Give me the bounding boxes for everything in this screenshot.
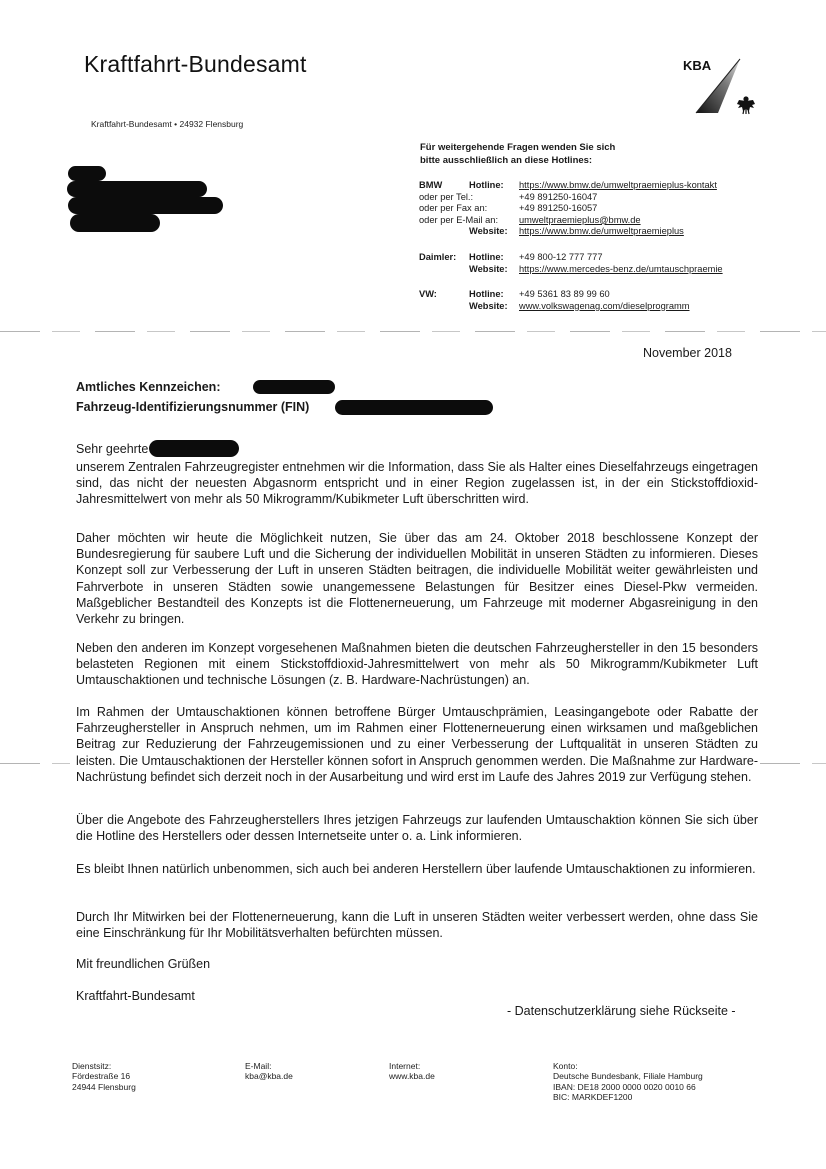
scan-artifact-line: [760, 763, 826, 764]
redaction-bar: [68, 166, 106, 181]
plate-row: Amtliches Kennzeichen:: [76, 377, 309, 397]
footer-account-bic: BIC: MARKDEF1200: [553, 1092, 703, 1102]
bmw-fax-value: +49 891250-16057: [519, 203, 597, 215]
bmw-email-link[interactable]: umweltpraemieplus@bmw.de: [519, 215, 641, 227]
paragraph-text: Neben den anderen im Konzept vorgesehene…: [76, 640, 758, 689]
footer-office: Dienstsitz: Fördestraße 16 24944 Flensbu…: [72, 1061, 136, 1092]
footer-internet-value[interactable]: www.kba.de: [389, 1071, 435, 1081]
brand-bmw: BMW: [419, 180, 442, 192]
brand-vw: VW:: [419, 289, 437, 301]
plate-redacted: [253, 380, 335, 394]
bmw-tel-value: +49 891250-16047: [519, 192, 597, 204]
kba-logo: KBA: [680, 55, 770, 115]
footer-office-city: 24944 Flensburg: [72, 1082, 136, 1092]
redaction-bar: [70, 214, 160, 232]
bmw-hotline-link[interactable]: https://www.bmw.de/umweltpraemieplus-kon…: [519, 180, 717, 192]
footer-account-iban: IBAN: DE18 2000 0000 0020 0010 66: [553, 1082, 703, 1092]
hotline-intro-line1: Für weitergehende Fragen wenden Sie sich: [420, 142, 615, 155]
website-label: Website:: [469, 301, 508, 313]
vehicle-reference: Amtliches Kennzeichen: Fahrzeug-Identifi…: [76, 377, 309, 417]
body-paragraph: Neben den anderen im Konzept vorgesehene…: [76, 640, 758, 689]
brand-daimler: Daimler:: [419, 252, 456, 264]
salutation-text: Sehr geehrte: [76, 442, 148, 456]
signature: Kraftfahrt-Bundesamt: [76, 989, 195, 1003]
hotline-label: Hotline:: [469, 180, 504, 192]
return-address: Kraftfahrt-Bundesamt • 24932 Flensburg: [91, 119, 243, 129]
footer-office-label: Dienstsitz:: [72, 1061, 136, 1071]
paragraph-text: unserem Zentralen Fahrzeugregister entne…: [76, 459, 758, 508]
paragraph-text: Im Rahmen der Umtauschaktionen können be…: [76, 704, 758, 785]
paragraph-text: Über die Angebote des Fahrzeughersteller…: [76, 812, 758, 844]
footer-email-value[interactable]: kba@kba.de: [245, 1071, 293, 1081]
footer-office-street: Fördestraße 16: [72, 1071, 136, 1081]
hotline-intro-line2: bitte ausschließlich an diese Hotlines:: [420, 155, 615, 168]
org-title: Kraftfahrt-Bundesamt: [84, 51, 307, 78]
vin-redacted: [335, 400, 493, 415]
footer-email: E-Mail: kba@kba.de: [245, 1061, 293, 1082]
body-paragraph: Durch Ihr Mitwirken bei der Flottenerneu…: [76, 909, 758, 941]
daimler-hotline-value: +49 800-12 777 777: [519, 252, 603, 264]
body-paragraph: Daher möchten wir heute die Möglichkeit …: [76, 530, 758, 627]
scan-artifact-line: [0, 763, 70, 764]
daimler-website-link[interactable]: https://www.mercedes-benz.de/umtauschpra…: [519, 264, 723, 276]
plate-label: Amtliches Kennzeichen:: [76, 380, 220, 394]
footer-account: Konto: Deutsche Bundesbank, Filiale Hamb…: [553, 1061, 703, 1102]
website-label: Website:: [469, 264, 508, 276]
website-label: Website:: [469, 226, 508, 238]
hotline-intro: Für weitergehende Fragen wenden Sie sich…: [420, 142, 615, 167]
closing: Mit freundlichen Grüßen: [76, 957, 210, 971]
fax-label: oder per Fax an:: [419, 203, 487, 215]
recipient-name-redacted: [149, 440, 239, 457]
scan-artifact-line: [0, 331, 826, 332]
salutation: Sehr geehrte: [76, 442, 148, 456]
federal-eagle-icon: [735, 94, 757, 116]
hotline-label: Hotline:: [469, 252, 504, 264]
footer-account-label: Konto:: [553, 1061, 703, 1071]
body-paragraph: Im Rahmen der Umtauschaktionen können be…: [76, 704, 758, 785]
letter-date: November 2018: [643, 346, 732, 360]
body-paragraph: Über die Angebote des Fahrzeughersteller…: [76, 812, 758, 844]
privacy-note: - Datenschutzerklärung siehe Rückseite -: [507, 1004, 736, 1018]
bmw-website-link[interactable]: https://www.bmw.de/umweltpraemieplus: [519, 226, 684, 238]
logo-text: KBA: [683, 58, 711, 73]
footer-email-label: E-Mail:: [245, 1061, 293, 1071]
footer-internet-label: Internet:: [389, 1061, 435, 1071]
redaction-bar: [67, 181, 207, 197]
vin-row: Fahrzeug-Identifizierungsnummer (FIN): [76, 397, 309, 417]
footer-internet: Internet: www.kba.de: [389, 1061, 435, 1082]
vw-hotline-value: +49 5361 83 89 99 60: [519, 289, 610, 301]
redaction-bar: [68, 197, 223, 214]
email-label: oder per E-Mail an:: [419, 215, 498, 227]
footer-account-bank: Deutsche Bundesbank, Filiale Hamburg: [553, 1071, 703, 1081]
tel-label: oder per Tel.:: [419, 192, 473, 204]
paragraph-text: Durch Ihr Mitwirken bei der Flottenerneu…: [76, 909, 758, 941]
paragraph-text: Daher möchten wir heute die Möglichkeit …: [76, 530, 758, 627]
hotline-label: Hotline:: [469, 289, 504, 301]
vw-website-link[interactable]: www.volkswagenag.com/dieselprogramm: [519, 301, 690, 313]
paragraph-text: Es bleibt Ihnen natürlich unbenommen, si…: [76, 861, 758, 877]
vin-label: Fahrzeug-Identifizierungsnummer (FIN): [76, 400, 309, 414]
body-paragraph: unserem Zentralen Fahrzeugregister entne…: [76, 459, 758, 508]
body-paragraph: Es bleibt Ihnen natürlich unbenommen, si…: [76, 861, 758, 877]
